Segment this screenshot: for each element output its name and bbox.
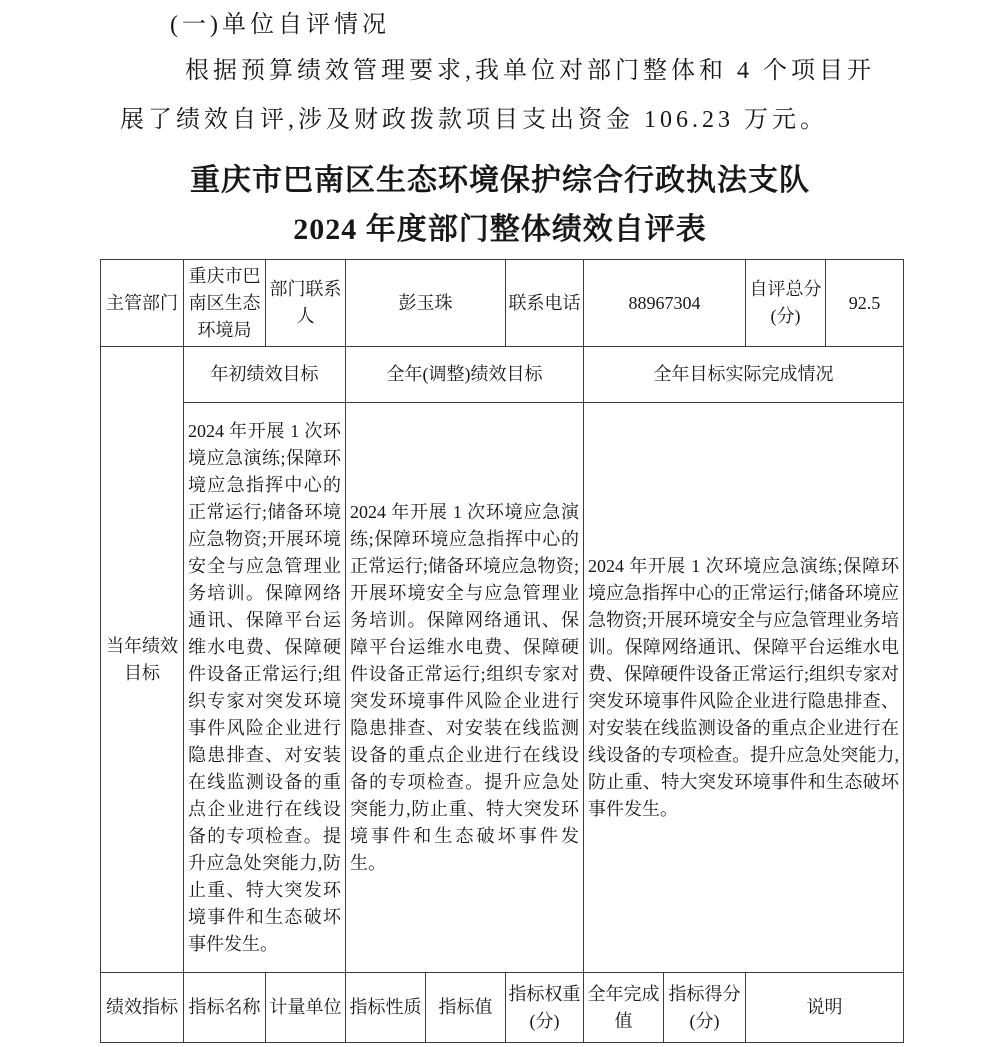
self-eval-score-label: 自评总分(分) <box>746 260 826 347</box>
indicator-value-header: 指标值 <box>426 973 506 1043</box>
measure-unit-header: 计量单位 <box>266 973 346 1043</box>
self-eval-score-value: 92.5 <box>826 260 904 347</box>
contact-phone-value: 88967304 <box>584 260 746 347</box>
goal-header-row: 当年绩效目标 年初绩效目标 全年(调整)绩效目标 全年目标实际完成情况 <box>101 347 904 403</box>
year-start-goal-header: 年初绩效目标 <box>184 347 346 403</box>
year-start-goal-text: 2024 年开展 1 次环境应急演练;保障环境应急指挥中心的正常运行;储备环境应… <box>184 403 346 973</box>
supervisor-row: 主管部门 重庆市巴南区生态环境局 部门联系人 彭玉珠 联系电话 88967304… <box>101 260 904 347</box>
indicator-header-row: 绩效指标 指标名称 计量单位 指标性质 指标值 指标权重(分) 全年完成值 指标… <box>101 973 904 1043</box>
goal-text-row: 2024 年开展 1 次环境应急演练;保障环境应急指挥中心的正常运行;储备环境应… <box>101 403 904 973</box>
contact-person-label: 部门联系人 <box>266 260 346 347</box>
performance-indicator-label: 绩效指标 <box>101 973 184 1043</box>
note-header: 说明 <box>746 973 904 1043</box>
supervisor-dept-value: 重庆市巴南区生态环境局 <box>184 260 266 347</box>
actual-completion-header: 全年目标实际完成情况 <box>584 347 904 403</box>
actual-completion-text: 2024 年开展 1 次环境应急演练;保障环境应急指挥中心的正常运行;储备环境应… <box>584 403 904 973</box>
indicator-nature-header: 指标性质 <box>346 973 426 1043</box>
indicator-name-header: 指标名称 <box>184 973 266 1043</box>
indicator-weight-header: 指标权重(分) <box>506 973 584 1043</box>
adjusted-goal-text: 2024 年开展 1 次环境应急演练;保障环境应急指挥中心的正常运行;储备环境应… <box>346 403 584 973</box>
adjusted-goal-header: 全年(调整)绩效目标 <box>346 347 584 403</box>
intro-paragraph-line-1: 根据预算绩效管理要求,我单位对部门整体和 4 个项目开 <box>185 50 875 85</box>
table-title-line-1: 重庆市巴南区生态环境保护综合行政执法支队 <box>0 155 1000 199</box>
self-evaluation-table: 主管部门 重庆市巴南区生态环境局 部门联系人 彭玉珠 联系电话 88967304… <box>100 259 904 1043</box>
intro-paragraph-line-2: 展了绩效自评,涉及财政拨款项目支出资金 106.23 万元。 <box>120 99 828 134</box>
table-title-line-2: 2024 年度部门整体绩效自评表 <box>0 204 1000 248</box>
section-heading: (一)单位自评情况 <box>170 4 390 39</box>
contact-phone-label: 联系电话 <box>506 260 584 347</box>
current-year-goal-label: 当年绩效目标 <box>101 347 184 973</box>
contact-person-value: 彭玉珠 <box>346 260 506 347</box>
supervisor-dept-label: 主管部门 <box>101 260 184 347</box>
indicator-score-header: 指标得分(分) <box>664 973 746 1043</box>
year-completion-value-header: 全年完成值 <box>584 973 664 1043</box>
